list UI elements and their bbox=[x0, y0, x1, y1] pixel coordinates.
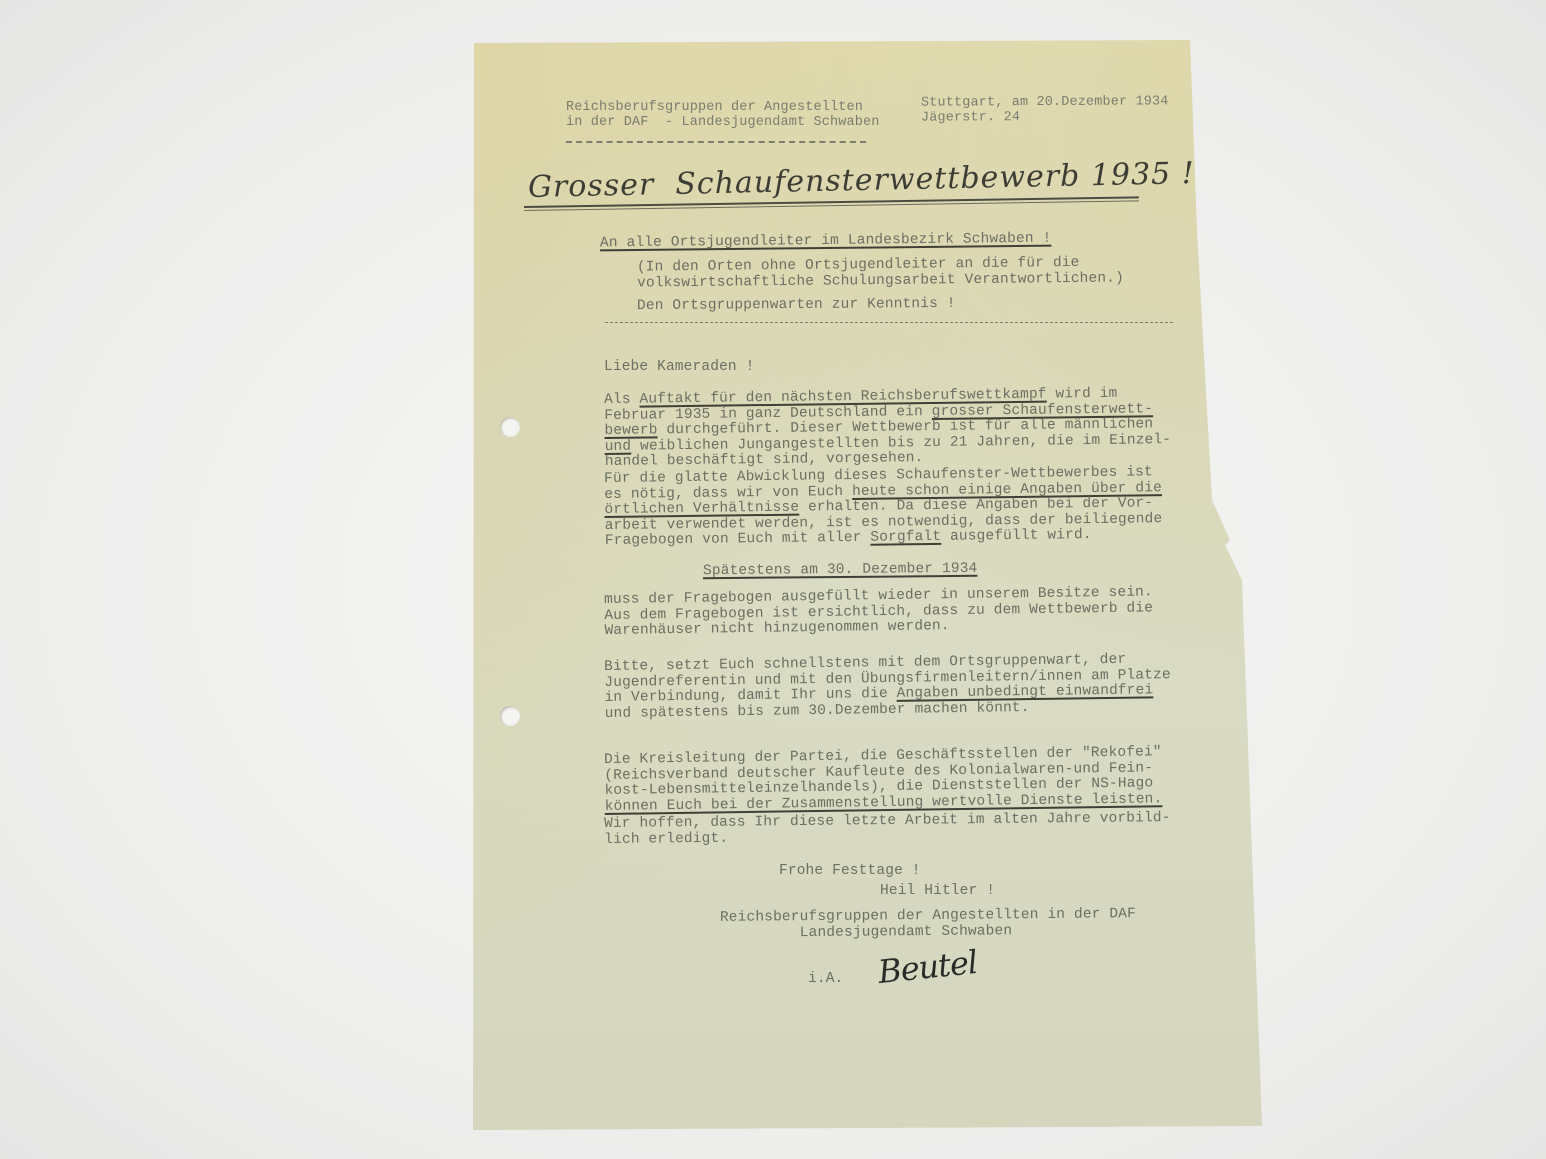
deadline-heading: Spätestens am 30. Dezember 1934 bbox=[703, 562, 978, 580]
paragraph-announcement: Als Auftakt für den nächsten Reichsberuf… bbox=[604, 386, 1171, 471]
paragraph-closing: Wir hoffen, dass Ihr diese letzte Arbeit… bbox=[604, 811, 1171, 848]
salutation: Liebe Kameraden ! bbox=[604, 360, 754, 376]
addressee-note: (In den Orten ohne Ortsjugendleiter an d… bbox=[637, 255, 1124, 291]
paragraph-contact: Bitte, setzt Euch schnellstens mit dem O… bbox=[604, 652, 1171, 722]
letterhead-rule bbox=[566, 141, 866, 143]
punch-hole-bottom bbox=[500, 706, 520, 726]
closing-organization: Reichsberufsgruppen der Angestellten in … bbox=[720, 907, 1136, 942]
closing-ia: i.A. bbox=[808, 972, 843, 988]
closing-greeting: Frohe Festtage ! bbox=[779, 864, 921, 880]
place-and-date: Stuttgart, am 20.Dezember 1934 Jägerstr.… bbox=[921, 94, 1169, 125]
addressee-cc: Den Ortsgruppenwarten zur Kenntnis ! bbox=[637, 297, 956, 315]
paragraph-support: Die Kreisleitung der Partei, die Geschäf… bbox=[604, 745, 1162, 815]
paragraph-request: Für die glatte Abwicklung dieses Schaufe… bbox=[604, 465, 1163, 550]
paragraph-deadline: muss der Fragebogen ausgefüllt wieder in… bbox=[604, 585, 1153, 639]
letterhead-organization: Reichsberufsgruppen der Angestellten in … bbox=[566, 100, 880, 130]
punch-hole-top bbox=[500, 417, 520, 437]
addressee-rule bbox=[605, 322, 1173, 323]
closing-salute: Heil Hitler ! bbox=[880, 884, 995, 900]
